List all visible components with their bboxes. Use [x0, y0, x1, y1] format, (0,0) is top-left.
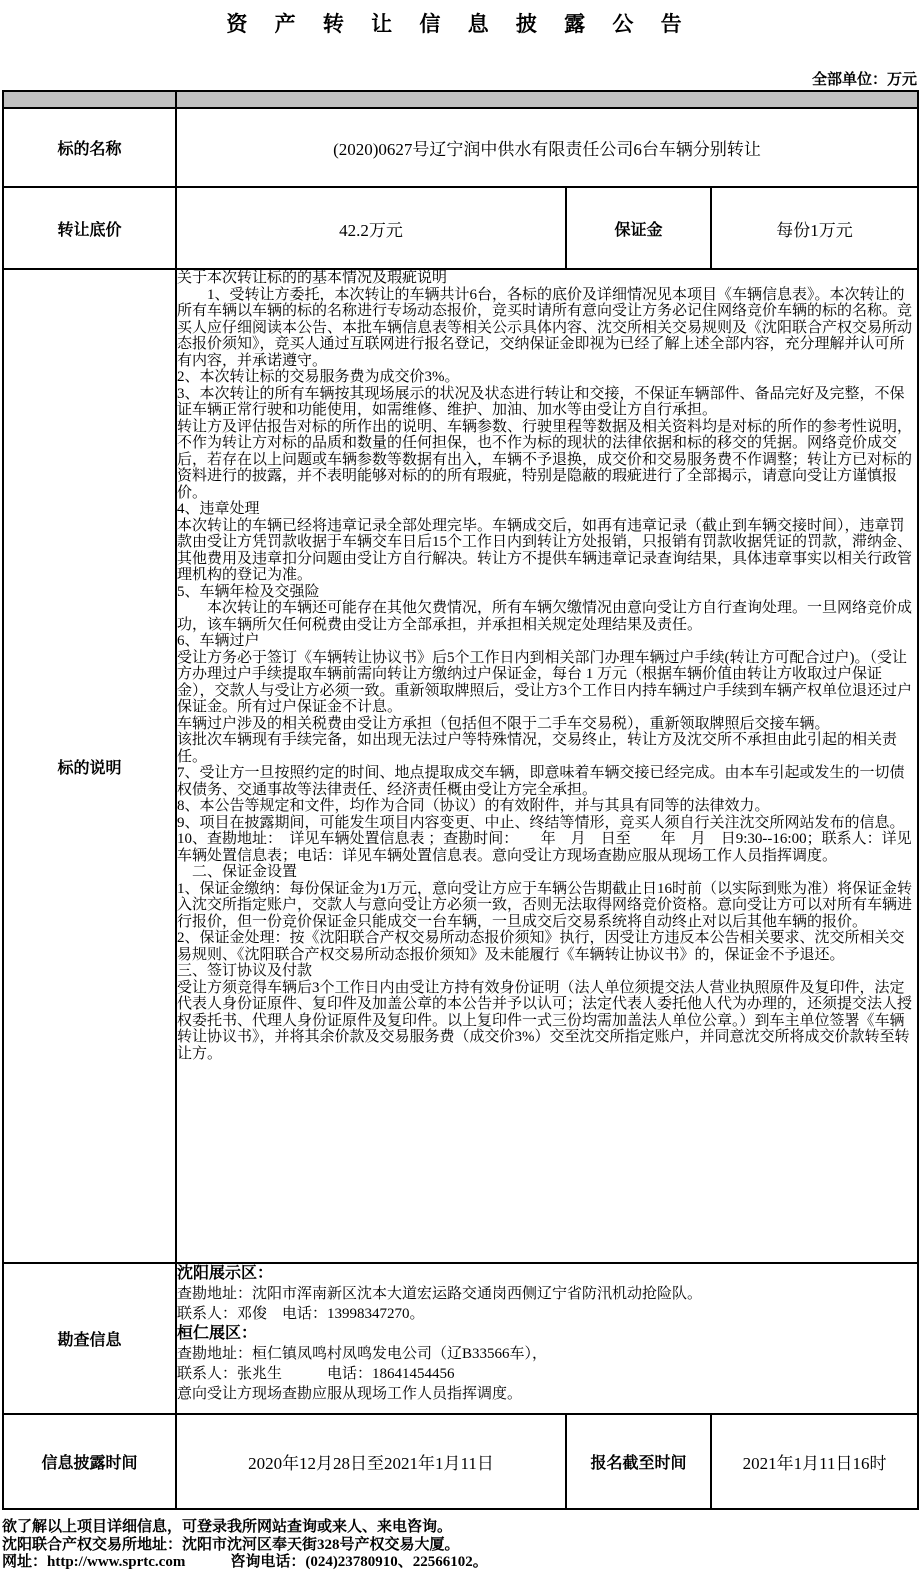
reserve-price-value: 42.2万元 — [176, 187, 566, 269]
description-paragraph: 1、受转让方委托，本次转让的车辆共计6台，各标的底价及详细情况见本项目《车辆信息… — [177, 287, 917, 370]
footer-note-line: 欲了解以上项目详细信息，可登录我所网站查询或来人、来电咨询。 — [2, 1519, 919, 1537]
header-cell-right — [176, 91, 918, 108]
survey-info-content: 沈阳展示区：查勘地址：沈阳市浑南新区沈本大道宏运路交通岗西侧辽宁省防汛机动抢险队… — [176, 1263, 918, 1414]
description-paragraph: 本次转让的车辆还可能存在其他欠费情况，所有车辆欠缴情况由意向受让方自行查询处理。… — [177, 600, 917, 633]
subject-name-row: 标的名称 (2020)0627号辽宁润中供水有限责任公司6台车辆分别转让 — [3, 108, 918, 187]
description-paragraph: 8、本公告等规定和文件，均作为合同（协议）的有效附件，并与其具有同等的法律效力。 — [177, 798, 917, 815]
disclosure-table: 标的名称 (2020)0627号辽宁润中供水有限责任公司6台车辆分别转让 转让底… — [2, 90, 919, 1510]
description-paragraph: 该批次车辆现有手续完备，如出现无法过户等特殊情况，交易终止，转让方及沈交所不承担… — [177, 732, 917, 765]
survey-info-line: 联系人：张兆生 电话：18641454456 — [177, 1364, 917, 1384]
table-header-row — [3, 91, 918, 108]
page-title: 资 产 转 让 信 息 披 露 公 告 — [0, 0, 919, 38]
registration-deadline-value: 2021年1月11日16时 — [711, 1414, 918, 1509]
subject-description-row: 标的说明 关于本次转让标的的基本情况及瑕疵说明 1、受转让方委托，本次转让的车辆… — [3, 269, 918, 1263]
description-paragraph: 车辆过户涉及的相关税费由受让方承担（包括但不限于二手车交易税），重新领取牌照后交… — [177, 716, 917, 733]
description-paragraph: 本次转让的车辆已经将违章记录全部处理完毕。车辆成交后，如再有违章记录（截止到车辆… — [177, 518, 917, 584]
description-paragraph: 7、受让方一旦按照约定的时间、地点提取成交车辆，即意味着车辆交接已经完成。由本车… — [177, 765, 917, 798]
survey-info-line: 查勘地址：桓仁镇凤鸣村凤鸣发电公司（辽B33566车）， — [177, 1344, 917, 1364]
survey-info-line: 意向受让方现场查勘应服从现场工作人员指挥调度。 — [177, 1384, 917, 1404]
description-paragraph: 受让方务必于签订《车辆转让协议书》后5个工作日内到相关部门办理车辆过户手续(转让… — [177, 650, 917, 716]
header-cell-left — [3, 91, 176, 108]
announcement-page: 资 产 转 让 信 息 披 露 公 告 全部单位：万元 标的名称 (2020)0… — [0, 0, 919, 1572]
description-paragraph: 转让方及评估报告对标的所作出的说明、车辆参数、行驶里程等数据及相关资料均是对标的… — [177, 419, 917, 502]
description-paragraph: 5、车辆年检及交强险 — [177, 584, 917, 601]
subject-name-label: 标的名称 — [3, 108, 176, 187]
subject-name-value: (2020)0627号辽宁润中供水有限责任公司6台车辆分别转让 — [176, 108, 918, 187]
disclosure-period-row: 信息披露时间 2020年12月28日至2021年1月11日 报名截至时间 202… — [3, 1414, 918, 1509]
disclosure-period-value: 2020年12月28日至2021年1月11日 — [176, 1414, 566, 1509]
description-paragraph: 6、车辆过户 — [177, 633, 917, 650]
subject-description-label: 标的说明 — [3, 269, 176, 1263]
disclosure-period-label: 信息披露时间 — [3, 1414, 176, 1509]
description-paragraph: 9、项目在披露期间，可能发生项目内容变更、中止、终结等情形，竞买人须自行关注沈交… — [177, 815, 917, 832]
description-paragraph: 受让方须竞得车辆后3个工作日内由受让方持有效身份证明（法人单位须提交法人营业执照… — [177, 980, 917, 1063]
description-paragraph: 4、违章处理 — [177, 501, 917, 518]
deposit-value: 每份1万元 — [711, 187, 918, 269]
survey-info-line: 查勘地址：沈阳市浑南新区沈本大道宏运路交通岗西侧辽宁省防汛机动抢险队。 — [177, 1284, 917, 1304]
footer-note-line: 沈阳联合产权交易所地址：沈阳市沈河区奉天街328号产权交易大厦。 — [2, 1537, 919, 1555]
description-paragraph: 2、保证金处理：按《沈阳联合产权交易所动态报价须知》执行，因受让方违反本公告相关… — [177, 930, 917, 963]
survey-info-row: 勘查信息 沈阳展示区：查勘地址：沈阳市浑南新区沈本大道宏运路交通岗西侧辽宁省防汛… — [3, 1263, 918, 1414]
survey-info-line: 沈阳展示区： — [177, 1264, 917, 1284]
description-paragraph: 三、签订协议及付款 — [177, 963, 917, 980]
registration-deadline-label: 报名截至时间 — [566, 1414, 711, 1509]
reserve-price-row: 转让底价 42.2万元 保证金 每份1万元 — [3, 187, 918, 269]
description-paragraph: 2、本次转让标的交易服务费为成交价3%。 — [177, 369, 917, 386]
footer-notes: 欲了解以上项目详细信息，可登录我所网站查询或来人、来电咨询。沈阳联合产权交易所地… — [2, 1519, 919, 1572]
survey-info-line: 联系人：邓俊 电话：13998347270。 — [177, 1304, 917, 1324]
subject-description-content: 关于本次转让标的的基本情况及瑕疵说明 1、受转让方委托，本次转让的车辆共计6台，… — [176, 269, 918, 1263]
description-paragraph: 1、保证金缴纳：每份保证金为1万元，意向受让方应于车辆公告期截止日16时前（以实… — [177, 881, 917, 931]
survey-info-label: 勘查信息 — [3, 1263, 176, 1414]
description-paragraph: 关于本次转让标的的基本情况及瑕疵说明 — [177, 270, 917, 287]
description-paragraph: 3、本次转让的所有车辆按其现场展示的状况及状态进行转让和交接，不保证车辆部件、备… — [177, 386, 917, 419]
footer-note-line: 网址：http://www.sprtc.com 咨询电话：(024)237809… — [2, 1554, 919, 1572]
description-paragraph: 二、保证金设置 — [177, 864, 917, 881]
unit-note: 全部单位：万元 — [0, 71, 919, 89]
description-paragraph: 10、查勘地址： 详见车辆处置信息表 ；查勘时间： 年 月 日至 年 月 日9:… — [177, 831, 917, 864]
reserve-price-label: 转让底价 — [3, 187, 176, 269]
survey-info-line: 桓仁展区： — [177, 1324, 917, 1344]
deposit-label: 保证金 — [566, 187, 711, 269]
